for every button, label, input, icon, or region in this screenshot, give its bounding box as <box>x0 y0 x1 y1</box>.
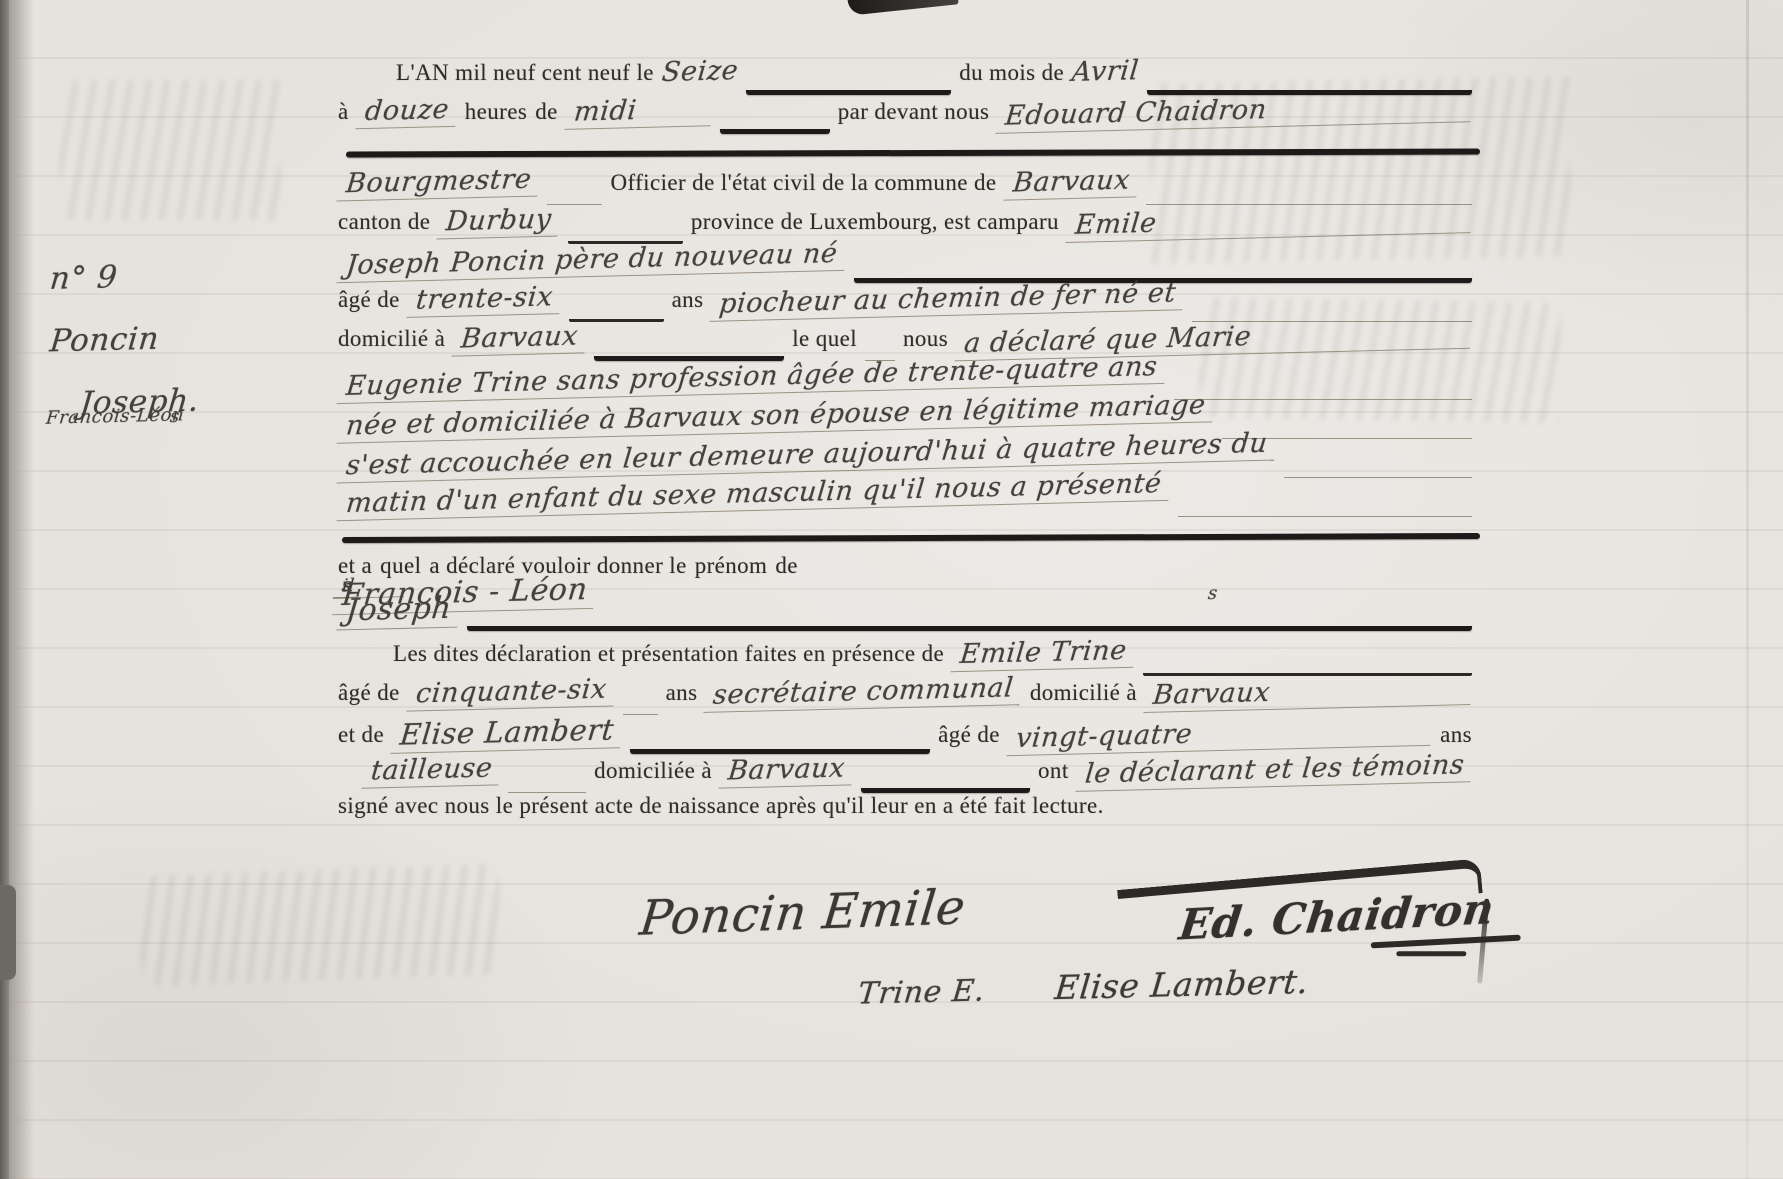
margin-annotation: n° 9 Poncin Francois-Léon s Joseph. <box>50 260 320 446</box>
entry-month: Avril <box>1071 55 1141 88</box>
printed-domiciled: domicilié à <box>338 326 445 352</box>
printed-year-intro: L'AN mil neuf cent neuf le <box>396 60 654 86</box>
paper-crease <box>1746 0 1749 1179</box>
correction-mark-s: s <box>1207 583 1219 604</box>
line-mother-1: Eugenie Trine sans profession âgée de tr… <box>338 361 1480 400</box>
signature-underline <box>1396 951 1466 956</box>
entry-witness1-domicile: Barvaux <box>1143 672 1473 713</box>
line-domicile: domicilié à Barvaux le quel nous a décla… <box>338 322 1480 361</box>
blank-rule <box>508 786 586 793</box>
printed-ont: ont <box>1038 758 1069 784</box>
printed-aged2: âgé de <box>338 680 400 706</box>
printed-province: province de Luxembourg, est camparu <box>691 209 1059 235</box>
line-witness-intro: Les dites déclaration et présentation fa… <box>338 637 1480 676</box>
bleed-through-smudge <box>60 80 280 220</box>
entry-witness2-name: Elise Lambert <box>390 712 624 754</box>
printed-aged3: âgé de <box>938 722 1000 748</box>
birth-certificate-page: n° 9 Poncin Francois-Léon s Joseph. L'AN… <box>0 0 1783 1179</box>
printed-nous: nous <box>903 326 948 352</box>
entry-witness2-age: vingt-quatre <box>1006 713 1433 756</box>
blank-rule <box>720 123 830 134</box>
line-mother-2: née et domiciliée à Barvaux son épouse e… <box>338 400 1480 439</box>
entry-declarant-name: Joseph Poncin père du nouveau né <box>336 238 847 283</box>
blank-rule <box>1284 471 1472 478</box>
line-witness2: et de Elise Lambert âgé de vingt-quatre … <box>338 715 1480 754</box>
entry-witness1-age: cinquante-six <box>406 673 616 711</box>
book-spine-edge <box>0 0 9 1179</box>
blank-rule <box>1174 393 1473 400</box>
bleed-through-smudge <box>138 864 502 986</box>
act-number: n° 9 <box>48 259 119 297</box>
margin-surname: Poncin <box>48 321 161 360</box>
entry-witness1-profession: secrétaire communal <box>704 672 1024 713</box>
printed-hours: heures <box>465 99 527 125</box>
line-hour: à douze heures de midi par devant nous E… <box>338 95 1480 134</box>
printed-aged: âgé de <box>338 287 400 313</box>
printed-canton: canton de <box>338 209 430 235</box>
entry-meridiem: midi <box>564 93 713 130</box>
signature-witness2: Elise Lambert. <box>1055 965 1309 1004</box>
entry-commune: Barvaux <box>1003 164 1139 200</box>
entry-officer-name: Edouard Chaidron <box>996 89 1474 134</box>
blank-rule <box>861 782 1030 793</box>
entry-declarant-age: trente-six <box>406 281 562 318</box>
entry-given-name-2: Joseph <box>336 590 461 630</box>
act-body: L'AN mil neuf cent neuf le Seize du mois… <box>338 56 1480 832</box>
blank-rule <box>623 708 658 715</box>
printed-lequel: le quel <box>792 326 857 352</box>
printed-at: à <box>338 99 349 125</box>
line-date: L'AN mil neuf cent neuf le Seize du mois… <box>396 56 1480 95</box>
printed-of: de <box>535 99 558 125</box>
printed-civil-officer: Officier de l'état civil de la commune d… <box>610 170 996 196</box>
line-birth-2: matin d'un enfant du sexe masculin qu'il… <box>338 478 1480 517</box>
entry-day: Seize <box>660 55 739 88</box>
line-witness1-details: âgé de cinquante-six ans secrétaire comm… <box>338 676 1480 715</box>
entry-declarant-domicile: Barvaux <box>452 320 588 356</box>
entry-witness2-profession: tailleuse <box>361 752 502 788</box>
entry-declarant-profession: piocheur au chemin de fer né et <box>710 277 1186 322</box>
printed-month-label: du mois de <box>959 60 1064 86</box>
blank-rule <box>1178 510 1472 517</box>
book-spine-notch <box>0 885 16 980</box>
line-title: Bourgmestre Officier de l'état civil de … <box>338 166 1480 205</box>
line-age-profession: âgé de trente-six ans piocheur au chemin… <box>338 283 1480 322</box>
blank-rule <box>594 350 784 361</box>
line-declarant: Joseph Poncin père du nouveau né <box>338 244 1480 283</box>
entry-hour: douze <box>355 94 458 130</box>
printed-closing: signé avec nous le présent acte de naiss… <box>338 793 1104 819</box>
entry-witness2-domicile: Barvaux <box>718 752 854 788</box>
entry-declarant-first-name: Emile <box>1065 200 1473 243</box>
entry-officer-title: Bourgmestre <box>336 163 541 201</box>
printed-years3: ans <box>1440 722 1472 748</box>
printed-before-us: par devant nous <box>838 99 990 125</box>
line-birth-1: s'est accouchée en leur demeure aujourd'… <box>338 439 1480 478</box>
printed-years: ans <box>672 287 704 313</box>
cut-off-ink-mark <box>847 0 958 16</box>
blank-rule <box>467 620 1472 631</box>
printed-years2: ans <box>666 680 698 706</box>
signature-witness1: Trine E. <box>858 975 985 1010</box>
entry-signatories: le déclarant et les témoins <box>1075 749 1474 792</box>
line-canton: canton de Durbuy province de Luxembourg,… <box>338 205 1480 244</box>
printed-domiciled2: domicilié à <box>1030 680 1137 706</box>
separator-rule <box>346 149 1480 158</box>
margin-given-name2: Joseph. <box>78 382 201 421</box>
line-closing: signé avec nous le présent acte de naiss… <box>338 793 1480 832</box>
blank-rule <box>630 743 930 754</box>
printed-witness-intro: Les dites déclaration et présentation fa… <box>393 641 944 667</box>
printed-domiciled3: domiciliée à <box>594 758 712 784</box>
line-given-names: et a u quel il a déclaré vouloir donner … <box>338 553 1480 592</box>
entry-witness1-name: Emile Trine <box>950 635 1136 673</box>
printed-and-of: et de <box>338 722 384 748</box>
signature-father: Poncin Emile <box>640 885 965 941</box>
entry-canton: Durbuy <box>437 203 562 239</box>
printed-prenom: prénom <box>695 553 768 579</box>
separator-rule <box>342 533 1480 543</box>
printed-de: de <box>775 553 798 579</box>
line-witness2-details: tailleuse domiciliée à Barvaux ont le dé… <box>338 754 1480 793</box>
blank-rule <box>746 84 951 95</box>
